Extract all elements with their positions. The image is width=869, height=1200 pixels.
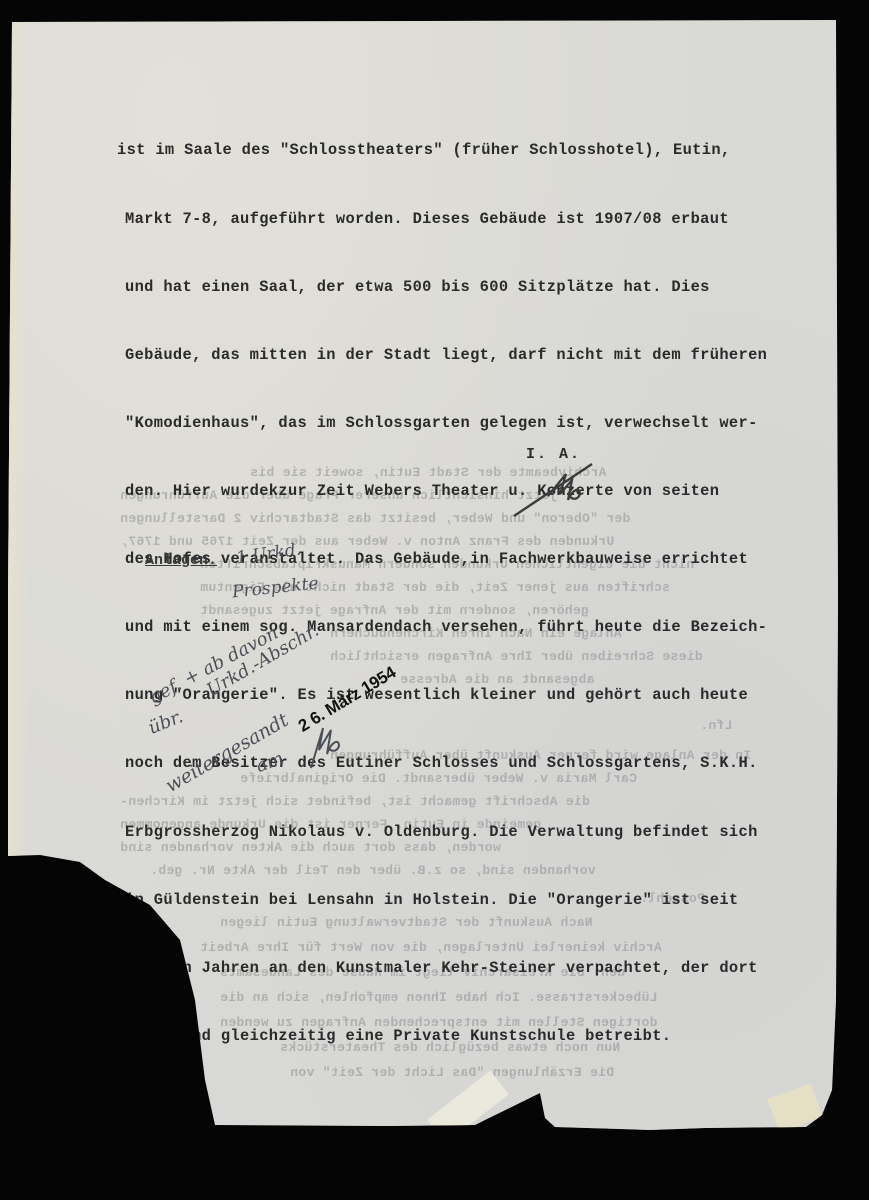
typed-line: und mit einem sog. Mansardendach versehe… [125,616,837,639]
typed-body: ist im Saale des "Schlosstheaters" (früh… [117,94,837,1093]
typed-line: Gebäude, das mitten in der Stadt liegt, … [125,344,837,367]
typed-line: Erbgrossherzog Nikolaus v. Oldenburg. Di… [125,821,837,844]
typed-line: und hat einen Saal, der etwa 500 bis 600… [125,276,837,299]
typed-line: des Hofes veranstaltet. Das Gebäude,in F… [125,548,837,571]
typed-line: ist im Saale des "Schlosstheaters" (früh… [117,139,837,162]
typed-line: wohnt und gleichzeitig eine Private Kuns… [125,1025,837,1048]
enclosures-label: Anlagen. [145,552,217,569]
typed-line: den. Hier wurdekzur Zeit Webers Theater … [125,480,837,503]
typed-line: "Komodienhaus", das im Schlossgarten gel… [125,412,837,435]
typed-line: in Güldenstein bei Lensahn in Holstein. … [125,889,837,912]
document-page: Archivbeamte der Stadt Eutin, soweit sie… [0,0,869,1200]
signature-icon [510,460,600,520]
typed-line: Markt 7-8, aufgeführt worden. Dieses Geb… [125,208,837,231]
typed-line: einigen Jahren an den Kunstmaler Kehr-St… [125,957,837,980]
paper-fold-edge [8,22,28,857]
